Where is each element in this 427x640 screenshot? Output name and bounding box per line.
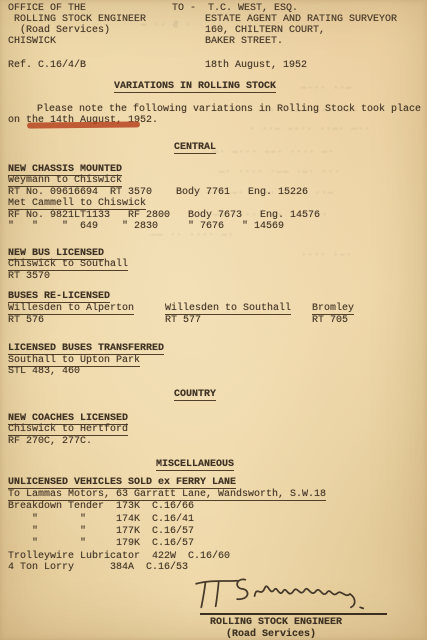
route-willesden-to-alperton: Willesden to Alperton (8, 303, 134, 314)
vehicle-data-row: " " 179K C.16/57 (8, 538, 194, 549)
subsection-buses-relicensed: BUSES RE-LICENSED (8, 291, 110, 302)
vehicle-data-row: " " 177K C.16/57 (8, 526, 194, 537)
vehicle-data-row: STL 483, 460 (8, 366, 80, 377)
buyer-address-line: To Lammas Motors, 63 Garratt Lane, Wands… (8, 489, 326, 500)
reference-number: Ref. C.16/4/B (8, 60, 86, 71)
subsection-new-coaches-licensed: NEW COACHES LICENSED (8, 413, 128, 424)
bleed-through-text: ·–· ···· (300, 250, 351, 260)
sender-office-line: OFFICE OF THE (8, 3, 86, 14)
route-chiswick-to-hertford: Chiswick to Hertford (8, 424, 128, 435)
intro-line: Please note the following variations in … (37, 104, 421, 115)
recipient-line: 160, CHILTERN COURT, (205, 25, 325, 36)
subsection-unlicensed-vehicles-sold: UNLICENSED VEHICLES SOLD ex FERRY LANE (8, 477, 236, 488)
route-met-cammell-to-chiswick: Met Cammell to Chiswick (8, 198, 146, 209)
red-pencil-underline (27, 121, 140, 128)
vehicle-data-row: RT 576 (8, 315, 44, 326)
bleed-through-text: ··· ·—· ——· ···· ·— (218, 167, 340, 177)
route-southall-to-upton-park: Southall to Upton Park (8, 355, 140, 366)
bleed-through-text: ··— ·—·· ··–– —·· · (248, 124, 370, 134)
subsection-new-bus-licensed: NEW BUS LICENSED (8, 248, 104, 259)
vehicle-data-row: 4 Ton Lorry 384A C.16/53 (8, 562, 188, 573)
document-page: · 5 ·· — —·· ···— ·–· ··–· —·· ·—· ··· ·… (0, 0, 427, 640)
section-heading-central: CENTRAL (0, 142, 390, 154)
vehicle-data-row: RT 705 (312, 315, 348, 326)
vehicle-data-row: RT 577 (165, 315, 201, 326)
sender-office-line: ROLLING STOCK ENGINEER (14, 14, 146, 25)
vehicle-data-row: RT No. 09616694 RT 3570 Body 7761 Eng. 1… (8, 187, 308, 198)
vehicle-data-row: Breakdown Tender 173K C.16/66 (8, 501, 194, 512)
recipient-line: ESTATE AGENT AND RATING SURVEYOR (205, 14, 397, 25)
document-title: VARIATIONS IN ROLLING STOCK (0, 81, 390, 93)
sender-office-line: CHISWICK (8, 36, 56, 47)
recipient-to-line: TO - T.C. WEST, ESQ. (172, 3, 298, 14)
sender-office-line: (Road Services) (20, 25, 110, 36)
signoff-title: ROLLING STOCK ENGINEER (210, 617, 342, 628)
signature-rule (200, 613, 387, 615)
section-heading-country: COUNTRY (0, 389, 390, 401)
recipient-line: BAKER STREET. (205, 36, 283, 47)
subsection-licensed-buses-transferred: LICENSED BUSES TRANSFERRED (8, 343, 164, 354)
vehicle-data-row: RT 3570 (8, 271, 50, 282)
route-bromley: Bromley (312, 303, 354, 314)
route-willesden-to-southall: Willesden to Southall (165, 303, 291, 314)
vehicle-data-row: " " " 649 " 2830 " 7676 " 14569 (8, 221, 284, 232)
vehicle-data-row: " " 174K C.16/41 (8, 514, 194, 525)
handwritten-signature (190, 572, 395, 614)
vehicle-data-row: RF No. 9821LT1133 RF 2800 Body 7673 Eng.… (8, 210, 320, 221)
document-title-text: VARIATIONS IN ROLLING STOCK (114, 81, 276, 93)
vehicle-data-row: Trolleywire Lubricator 422W C.16/60 (8, 551, 230, 562)
vehicle-data-row: RF 270C, 277C. (8, 436, 92, 447)
letter-date: 18th August, 1952 (205, 60, 307, 71)
route-weymann-to-chiswick: Weymann to Chiswick (8, 175, 122, 186)
signoff-subtitle: (Road Services) (226, 629, 316, 640)
bleed-through-text: · 5 ·· — (140, 20, 191, 30)
subsection-new-chassis-mounted: NEW CHASSIS MOUNTED (8, 164, 122, 175)
route-chiswick-to-southall: Chiswick to Southall (8, 259, 128, 270)
section-heading-miscellaneous: MISCELLANEOUS (0, 459, 390, 471)
